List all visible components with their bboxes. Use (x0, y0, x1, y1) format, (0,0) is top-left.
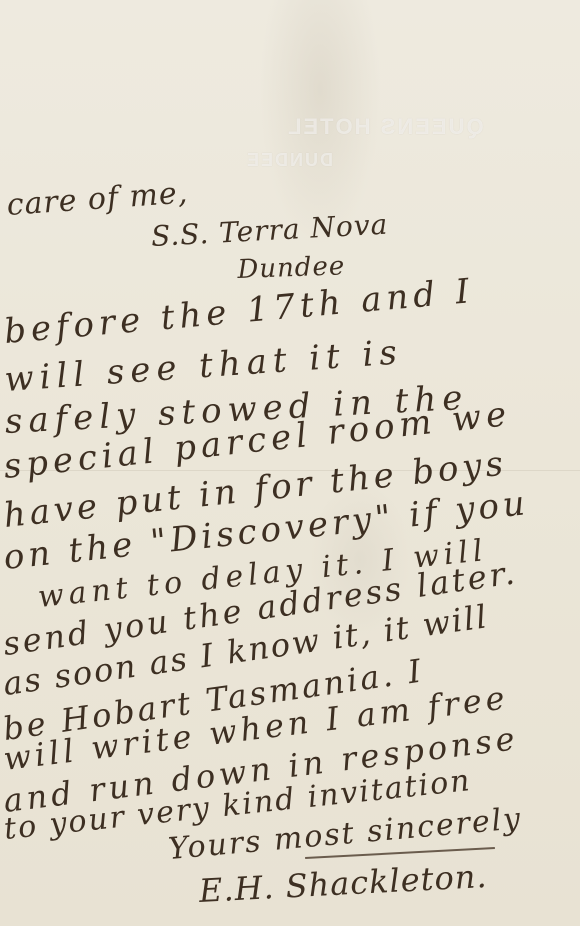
letterhead-hotel-name: QUEENS HOTEL (286, 114, 484, 140)
letter-signature: E.H. Shackleton. (198, 857, 488, 910)
address-line-care-of: care of me, (6, 175, 190, 223)
letterhead-city: DUNDEE (245, 150, 333, 171)
address-line-city: Dundee (237, 251, 346, 285)
letter-page: QUEENS HOTEL DUNDEE care of me, S.S. Ter… (0, 0, 580, 926)
address-line-ship: S.S. Terra Nova (150, 208, 389, 253)
